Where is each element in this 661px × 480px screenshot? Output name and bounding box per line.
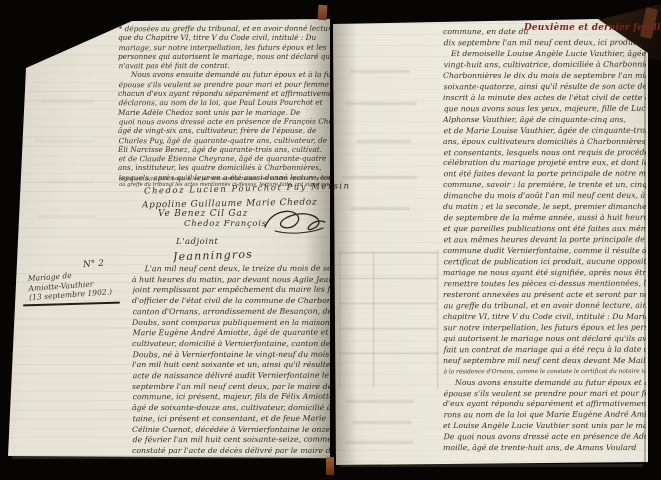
bleed-through-mark: [35, 140, 95, 143]
bleed-through-mark: [345, 102, 417, 105]
handwritten-line: au greffe du tribunal, et en avoir donné…: [444, 301, 646, 312]
handwritten-line: âgé de vingt-six ans, cultivateur, frère…: [118, 126, 331, 135]
bookmark-ribbon-bottom: [326, 457, 334, 475]
bleed-through-mark: [356, 140, 411, 143]
handwritten-line: cultivateur, domicilié à Vernierfontaine…: [132, 339, 330, 350]
handwritten-line: neuf septembre mil neuf cent deux devant…: [443, 356, 646, 367]
handwritten-line: * déposées au greffe du tribunal, et en …: [119, 24, 331, 34]
handwritten-line: de septembre de la même année, aussi à h…: [444, 213, 646, 224]
handwritten-line: d'eux ayant répondu séparément et affirm…: [443, 399, 646, 410]
signature-line: Chedoz François: [184, 219, 267, 229]
handwritten-line: et de Marie Louise Vauthier, âgée de cin…: [444, 125, 646, 136]
handwritten-line: ans, instituteur, les quatre domiciliés …: [118, 163, 331, 172]
handwritten-line: Et demoiselle Louise Angèle Lucie Vauthi…: [443, 49, 646, 60]
handwritten-line: n'avait pas été fait de contrat.: [119, 61, 331, 71]
handwritten-line: constaté par l'acte de décès délivré par…: [132, 446, 330, 457]
handwritten-line: commune dudit Vernierfontaine, comme il …: [443, 246, 646, 257]
handwritten-line: que du Chapitre VI, titre V du Code civi…: [118, 33, 331, 42]
handwritten-line: certificat de publication ici produit, a…: [444, 257, 646, 268]
margin-annotation: N° 2 Mariage de Amiotte-Vauthier (13 sep…: [27, 256, 145, 302]
bleed-through-mark: [346, 400, 414, 403]
handwritten-line: à la résidence d'Ornans, comme le consta…: [444, 366, 646, 377]
handwritten-line: De quoi nous avons dressé acte en présen…: [444, 432, 646, 443]
handwritten-line: Éli Narcisse Benez, âgé de quarante-troi…: [118, 145, 331, 154]
handwritten-line: signé cet acte avec nous et les parties …: [120, 176, 331, 182]
handwritten-line: que nous avons sous les yeux, majeure, f…: [444, 103, 646, 114]
handwritten-line: mariage ne nous ayant été signifiée, apr…: [443, 268, 646, 279]
handwritten-line: âgé de soixante-douze ans, cultivateur, …: [132, 403, 330, 414]
handwritten-line: épouse s'ils veulent se prendre pour mar…: [119, 80, 331, 90]
bleed-through-mark: [38, 215, 96, 218]
handwritten-line: commune, ici présent, majeur, fils de Fé…: [133, 392, 330, 403]
handwritten-line: d'officier de l'état civil de la commune…: [132, 296, 330, 307]
handwritten-line: taine, ici présent et consentant, et de …: [133, 414, 330, 425]
handwritten-line: dimanche du mois d'août l'an mil neuf ce…: [444, 191, 646, 202]
handwritten-line: Doubs, né à Vernierfontaine le vingt-neu…: [133, 349, 330, 360]
adjoint-signature: Jeanningros: [173, 248, 253, 264]
handwritten-line: L'an mil neuf cent deux, le treize du mo…: [133, 264, 330, 275]
handwritten-line: déclarons, au nom de la loi, que Paul Lo…: [119, 98, 331, 108]
bleed-through-mark: [342, 176, 417, 179]
handwritten-line: moille, âgé de trente-huit ans, de Amans…: [443, 443, 646, 454]
handwritten-line: Marie Adèle Chedoz sont unis par le mari…: [118, 108, 331, 117]
bookmark-ribbon-top: [317, 5, 327, 21]
handwritten-line: Nous avons ensuite demandé au futur épou…: [443, 378, 646, 389]
handwritten-line: Célinie Cuenot, décédée à Vernierfontain…: [132, 425, 330, 436]
binding-shadow-right-page: [333, 13, 357, 465]
handwritten-line: du matin ; et la seconde, le sept, premi…: [443, 202, 646, 213]
handwritten-line: ans, époux cultivateurs domiciliés à Cha…: [443, 137, 646, 148]
handwritten-line: mariage, sur notre interpellation, les f…: [119, 42, 331, 52]
handwritten-line: et consentants, lesquels nous ont requis…: [444, 147, 646, 158]
handwritten-line: quoi nous avons dressé acte en présence …: [119, 117, 331, 127]
handwritten-line: remettre toutes les pièces ci-dessus men…: [444, 279, 646, 290]
handwritten-line: Doubs, sont comparus publiquement en la …: [132, 318, 330, 329]
handwritten-line: et aux mêmes heures devant la porte prin…: [444, 235, 646, 246]
handwritten-line: canton d'Ornans, arrondissement de Besan…: [133, 307, 330, 318]
right-page-opening-line: commune, en date du: [443, 27, 528, 36]
bleed-through-mark: [352, 421, 412, 424]
bleed-through-mark: [344, 441, 414, 444]
handwritten-line: sur notre interpellation, les futurs épo…: [444, 323, 646, 334]
red-ink-heading: Deuxième et dernier feuillet: [524, 22, 661, 33]
handwritten-line: vingt-huit ans, cultivatrice, domiciliée…: [444, 60, 646, 71]
handwritten-line: célébration du mariage projeté entre eux…: [443, 158, 646, 169]
left-page-new-act-paragraph: L'an mil neuf cent deux, le treize du mo…: [132, 264, 330, 457]
handwritten-line: joint remplissant par empêchement du mai…: [133, 285, 330, 296]
handwritten-line: fait un contrat de mariage qui a été reç…: [444, 344, 646, 355]
handwritten-line: Nous avons ensuite demandé au futur épou…: [118, 70, 331, 79]
right-page-bottom-edge: [340, 464, 643, 467]
handwritten-line: personnes qui autorisent le mariage, nou…: [118, 52, 331, 61]
handwritten-line: de février l'an mil huit cent soixante-s…: [133, 435, 330, 446]
bleed-through-mark: [40, 100, 95, 103]
handwritten-line: Charles Puy, âgé de quarante-quatre ans,…: [119, 135, 331, 145]
bleed-through-mark: [350, 207, 410, 210]
handwritten-line: resteront annexées au présent acte et se…: [443, 290, 646, 301]
right-page-act-paragraph: dix septembre l'an mil neuf cent deux, i…: [443, 38, 646, 454]
handwritten-line: épouse s'ils veulent se prendre pour mar…: [444, 388, 646, 399]
handwritten-line: Charbonnières le dix du mois de septembr…: [443, 71, 646, 82]
handwritten-line: et de Claude Étienne Cheyrane, âgé de qu…: [119, 154, 331, 164]
handwritten-line: chapitre VI, titre V du Code civil, inti…: [443, 312, 646, 323]
handwritten-line: l'an mil huit cent soixante et un, ainsi…: [132, 360, 330, 371]
signature-line: Ve Benez Cil Gaz: [158, 209, 248, 219]
handwritten-line: Marie Eugène André Amiotte, âgé de quara…: [133, 328, 330, 339]
handwritten-line: acte de naissance délivré audit Vernierf…: [133, 371, 330, 382]
left-page-closing-paragraph: * déposées au greffe du tribunal, et en …: [118, 24, 331, 182]
handwritten-line: qui autorisent le mariage nous ont décla…: [443, 334, 646, 345]
handwritten-line: et que pareilles publications ont été fa…: [443, 224, 646, 235]
handwritten-line: ont été faites devant la porte principal…: [444, 169, 646, 180]
handwritten-line: dix septembre l'an mil neuf cent deux, i…: [444, 38, 646, 49]
handwritten-line: à huit heures du matin, par devant nous …: [132, 275, 330, 286]
signature-flourish: [261, 204, 329, 237]
scanned-register-spread: * déposées au greffe du tribunal, et en …: [0, 0, 661, 480]
adjoint-label: L'adjoint: [176, 237, 218, 247]
handwritten-line: commune, savoir : la première, le trente…: [443, 180, 646, 191]
handwritten-line: Alphonse Vauthier, âgé de cinquante-cinq…: [443, 115, 646, 126]
handwritten-line: rons au nom de la loi que Marie Eugène A…: [444, 410, 646, 421]
handwritten-line: inscrit à la minute des actes de l'état …: [443, 93, 646, 104]
bleed-through-mark: [45, 180, 95, 183]
handwritten-line: soixante-quatorze, ainsi qu'il résulte d…: [444, 82, 646, 93]
handwritten-line: et Louise Angèle Lucie Vauthier sont uni…: [443, 421, 646, 432]
bleed-through-mark: [350, 70, 410, 73]
